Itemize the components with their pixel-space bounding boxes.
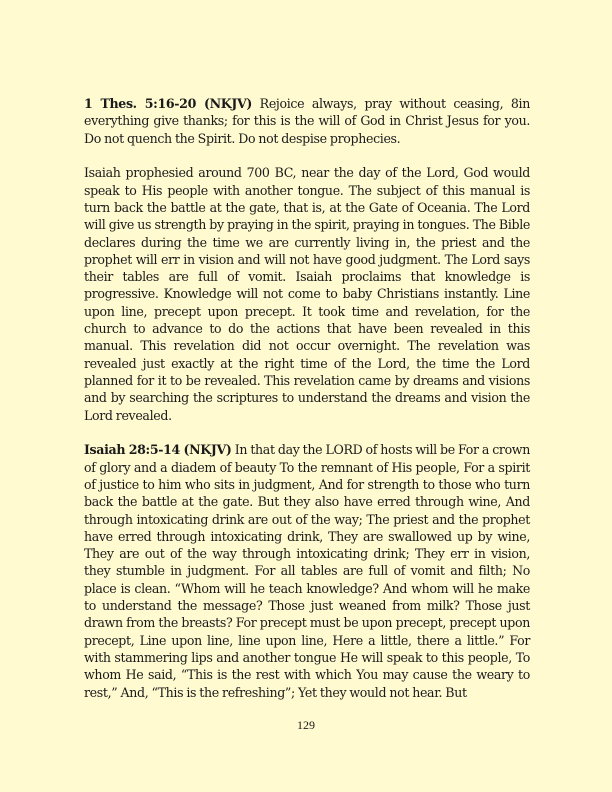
page-number: 129 bbox=[0, 718, 612, 733]
page-body: 1 Thes. 5:16-20 (NKJV) Rejoice always, p… bbox=[84, 95, 530, 718]
paragraph-text: Isaiah prophesied around 700 BC, near th… bbox=[84, 165, 530, 422]
paragraph-text: In that day the LORD of hosts will be Fo… bbox=[84, 442, 530, 699]
scripture-reference: 1 Thes. 5:16-20 (NKJV) bbox=[84, 96, 252, 111]
paragraph-scripture-thessalonians: 1 Thes. 5:16-20 (NKJV) Rejoice always, p… bbox=[84, 95, 530, 147]
scripture-reference: Isaiah 28:5-14 (NKJV) bbox=[84, 442, 232, 457]
paragraph-scripture-isaiah: Isaiah 28:5-14 (NKJV) In that day the LO… bbox=[84, 441, 530, 700]
paragraph-commentary: Isaiah prophesied around 700 BC, near th… bbox=[84, 164, 530, 423]
